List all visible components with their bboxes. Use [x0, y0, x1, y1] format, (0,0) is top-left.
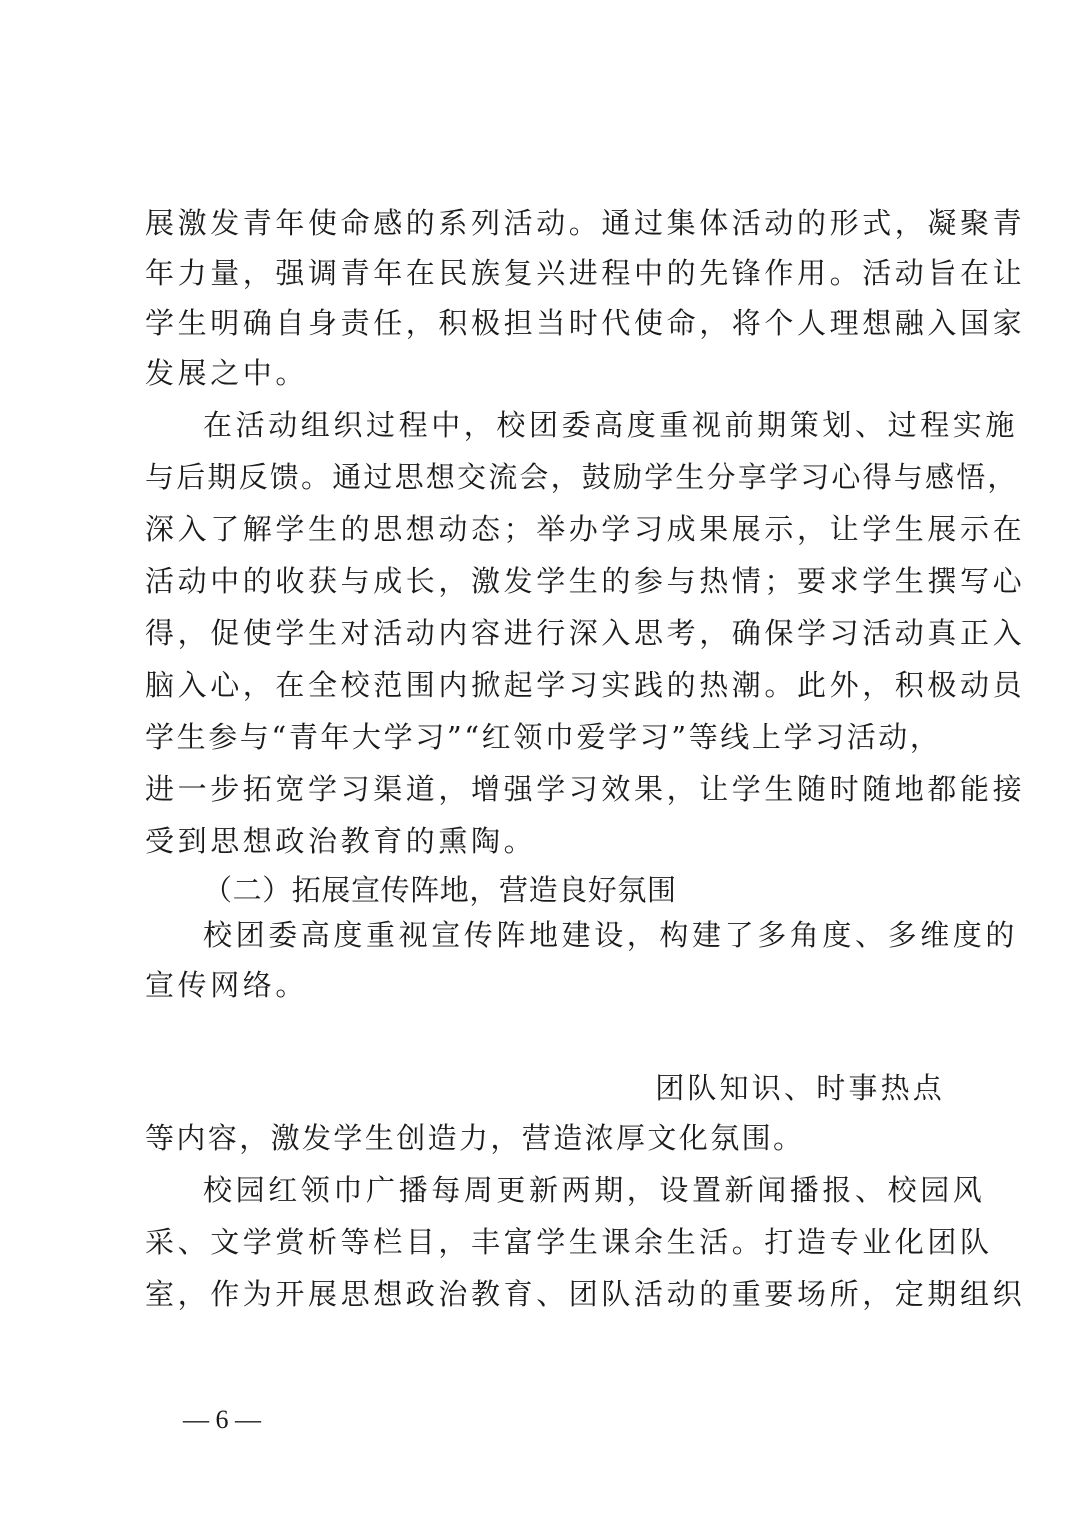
paragraph-line: 团队知识、时事热点 [145, 1068, 945, 1108]
paragraph-line: 宣传网络。 [145, 965, 945, 1005]
paragraph-line: 学生明确自身责任，积极担当时代使命，将个人理想融入国家 [145, 303, 945, 343]
page-number: — 6 — [183, 1402, 261, 1438]
paragraph-line: 发展之中。 [145, 353, 945, 393]
paragraph-line: 室，作为开展思想政治教育、团队活动的重要场所，定期组织 [145, 1274, 945, 1314]
paragraph-line: 深入了解学生的思想动态；举办学习成果展示，让学生展示在 [145, 509, 945, 549]
document-page: 展激发青年使命感的系列活动。通过集体活动的形式，凝聚青 年力量，强调青年在民族复… [0, 0, 1080, 1527]
paragraph-line: 学生参与“青年大学习”“红领巾爱学习”等线上学习活动， [145, 717, 945, 757]
paragraph-line: 校园红领巾广播每周更新两期，设置新闻播报、校园风 [203, 1170, 945, 1210]
paragraph-line: 与后期反馈。通过思想交流会，鼓励学生分享学习心得与感悟， [145, 457, 945, 497]
paragraph-line: 展激发青年使命感的系列活动。通过集体活动的形式，凝聚青 [145, 203, 945, 243]
paragraph-line: 采、文学赏析等栏目，丰富学生课余生活。打造专业化团队 [145, 1222, 945, 1262]
paragraph-line: 得，促使学生对活动内容进行深入思考，确保学习活动真正入 [145, 613, 945, 653]
paragraph-line: 进一步拓宽学习渠道，增强学习效果，让学生随时随地都能接 [145, 769, 945, 809]
paragraph-line: 年力量，强调青年在民族复兴进程中的先锋作用。活动旨在让 [145, 253, 945, 293]
section-heading: （二）拓展宣传阵地，营造良好氛围 [203, 870, 1003, 910]
paragraph-line: 等内容，激发学生创造力，营造浓厚文化氛围。 [145, 1118, 945, 1158]
paragraph-line: 在活动组织过程中，校团委高度重视前期策划、过程实施 [203, 405, 945, 445]
paragraph-line: 活动中的收获与成长，激发学生的参与热情；要求学生撰写心 [145, 561, 945, 601]
paragraph-line: 脑入心，在全校范围内掀起学习实践的热潮。此外，积极动员 [145, 665, 945, 705]
paragraph-line: 校团委高度重视宣传阵地建设，构建了多角度、多维度的 [203, 915, 945, 955]
paragraph-line: 受到思想政治教育的熏陶。 [145, 821, 945, 861]
